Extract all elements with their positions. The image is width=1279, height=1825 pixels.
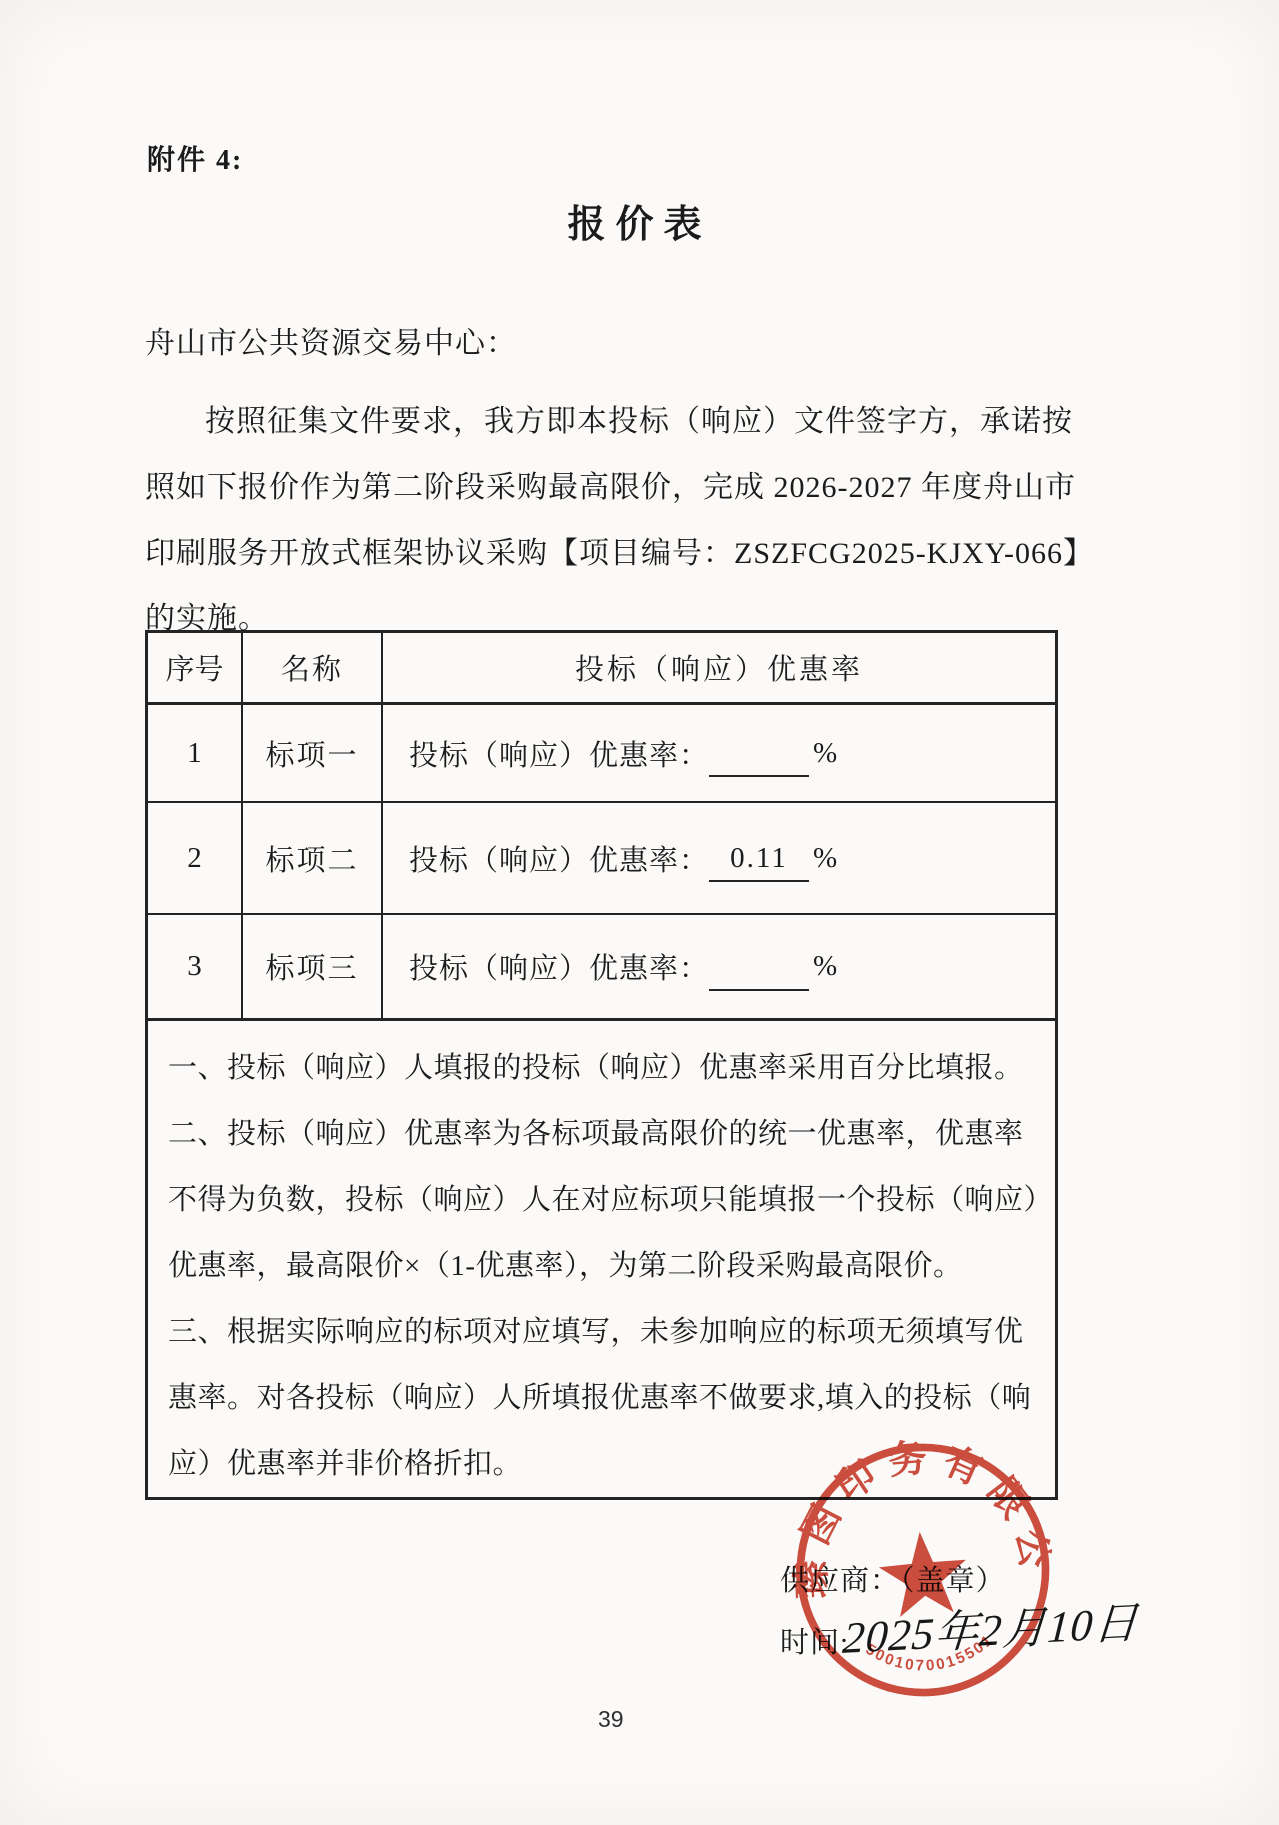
note-line: 三、根据实际响应的标项对应填写，未参加响应的标项无须填写优: [168, 1299, 1039, 1365]
row-seq: 1: [148, 705, 243, 801]
rate-label: 投标（响应）优惠率：: [409, 838, 709, 879]
note-line: 惠率。对各投标（响应）人所填报优惠率不做要求,填入的投标（响: [168, 1365, 1039, 1431]
paragraph-line: 照如下报价作为第二阶段采购最高限价，完成 2026-2027 年度舟山市: [145, 462, 1076, 506]
rate-label: 投标（响应）优惠率：: [409, 946, 709, 987]
row-seq: 3: [148, 915, 243, 1018]
rate-blank: 0.11: [709, 842, 809, 882]
note-line: 优惠率，最高限价×（1-优惠率），为第二阶段采购最高限价。: [168, 1233, 1039, 1299]
table-notes: 一、投标（响应）人填报的投标（响应）优惠率采用百分比填报。 二、投标（响应）优惠…: [148, 1021, 1055, 1497]
table-row: 1 标项一 投标（响应）优惠率： %: [148, 705, 1055, 803]
row-rate-cell: 投标（响应）优惠率： %: [383, 705, 1055, 801]
row-name: 标项三: [243, 915, 383, 1018]
table-row: 2 标项二 投标（响应）优惠率： 0.11 %: [148, 803, 1055, 915]
row-rate-cell: 投标（响应）优惠率： 0.11 %: [383, 803, 1055, 913]
attachment-label: 附件 4:: [147, 138, 243, 178]
rate-blank: [709, 737, 809, 777]
svg-text:5001070015501: 5001070015501: [861, 1630, 999, 1680]
header-seq: 序号: [148, 633, 243, 702]
rate-unit: %: [813, 950, 838, 983]
row-seq: 2: [148, 803, 243, 913]
scanned-document: { "colors":{ "stamp-red":"#c93a2b", "ink…: [0, 0, 1279, 1825]
rate-unit: %: [813, 842, 838, 875]
table-row: 3 标项三 投标（响应）优惠率： %: [148, 915, 1055, 1021]
stamp-serial-number: 5001070015501: [861, 1630, 999, 1680]
header-rate: 投标（响应）优惠率: [383, 633, 1055, 702]
row-name: 标项一: [243, 705, 383, 801]
note-line: 二、投标（响应）优惠率为各标项最高限价的统一优惠率，优惠率: [168, 1101, 1039, 1167]
salutation: 舟山市公共资源交易中心：: [145, 318, 517, 362]
row-rate-cell: 投标（响应）优惠率： %: [383, 915, 1055, 1018]
rate-label: 投标（响应）优惠率：: [409, 733, 709, 774]
paragraph-line: 按照征集文件要求，我方即本投标（响应）文件签字方，承诺按: [205, 396, 1073, 440]
stamp-star-icon: [876, 1528, 970, 1618]
company-stamp: 臻图印务有限公 5001070015501: [778, 1425, 1068, 1715]
page-number: 39: [598, 1706, 624, 1733]
rate-blank: [709, 951, 809, 991]
header-name: 名称: [243, 633, 383, 702]
row-name: 标项二: [243, 803, 383, 913]
rate-unit: %: [813, 737, 838, 770]
page-title: 报价表: [0, 193, 1279, 248]
note-line: 一、投标（响应）人填报的投标（响应）优惠率采用百分比填报。: [168, 1035, 1039, 1101]
note-line: 不得为负数，投标（响应）人在对应标项只能填报一个投标（响应）: [168, 1167, 1039, 1233]
table-header-row: 序号 名称 投标（响应）优惠率: [148, 633, 1055, 705]
quotation-table: 序号 名称 投标（响应）优惠率 1 标项一 投标（响应）优惠率： % 2 标项二…: [145, 630, 1058, 1500]
paragraph-line: 印刷服务开放式框架协议采购【项目编号：ZSZFCG2025-KJXY-066】: [145, 528, 1094, 572]
